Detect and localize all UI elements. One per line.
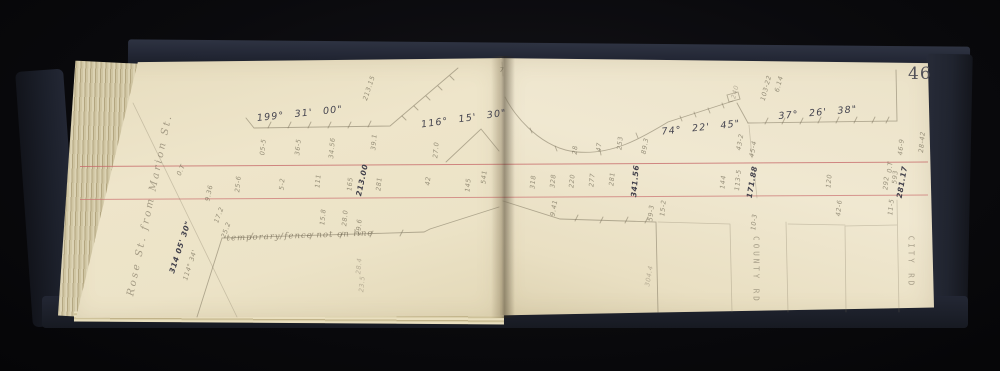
pencil-num: 292	[881, 176, 890, 191]
pencil-num: 9.36	[203, 184, 214, 202]
pencil-num: 28.4	[354, 257, 363, 274]
pencil-num: 34.56	[327, 137, 337, 159]
pencil-num: 15.8	[318, 208, 327, 225]
pencil-num: 281	[607, 172, 616, 187]
pencil-num: 113-5	[733, 169, 743, 191]
pencil-num: 220	[567, 174, 576, 189]
street-city-rd: CITY RD	[907, 236, 916, 289]
pencil-num: 111	[313, 174, 322, 189]
pencil-num: 45-4	[748, 140, 759, 158]
pencil-num: 27.0	[431, 141, 440, 158]
pencil-num: 103-22	[759, 74, 773, 101]
pencil-num: 165	[345, 177, 354, 192]
measurement-341-56: 341.56	[629, 164, 641, 197]
pencil-num: 6.14	[773, 75, 785, 93]
pencil-num: 213.15	[361, 75, 377, 102]
pencil-num: 25-6	[233, 175, 242, 192]
pencil-num: 42	[424, 176, 433, 186]
pencil-num: 29.6	[354, 218, 363, 235]
pencil-num: 120	[824, 174, 833, 189]
angle-37-26-38: 37° 26' 38"	[778, 104, 858, 122]
pencil-num: 144	[718, 175, 727, 190]
pencil-num: 9.41	[549, 199, 560, 217]
pencil-num: 328	[548, 174, 557, 189]
pencil-num: 5-2	[277, 178, 286, 191]
pencil-num: 114° 34'	[181, 249, 198, 282]
pencil-num: 05-5	[258, 138, 267, 155]
pencil-num: 47	[595, 142, 604, 152]
pencil-num: 240	[729, 84, 740, 100]
pencil-num: 0.T	[175, 163, 187, 177]
pencil-num: 15-2	[658, 199, 667, 216]
pencil-num: 11-5	[886, 198, 895, 215]
pencil-num: 304.4	[643, 265, 655, 287]
pencil-num: 23.5	[357, 275, 366, 292]
pencil-num: 10-3	[749, 213, 758, 230]
measurement-171-88: 171.88	[745, 165, 760, 199]
page-number: 46	[908, 64, 932, 84]
pencil-num: 43-2	[735, 133, 746, 151]
measurement-213-00: 213.00	[354, 163, 370, 197]
field-book-photo: 199° 31' 00"116° 15' 30"74° 22' 45"37° 2…	[0, 0, 1000, 371]
pencil-num: 36-5	[293, 138, 302, 155]
pencil-num: 59-3	[646, 204, 655, 221]
pencil-num: 28	[571, 145, 580, 155]
pencil-num: 42-6	[834, 199, 843, 216]
pencil-num: 541	[479, 170, 488, 185]
pencil-num: 318	[528, 175, 537, 190]
angle-74-22-45: 74° 22' 45"	[661, 118, 741, 137]
pencil-num: 253	[615, 136, 624, 151]
pencil-num: 39.1	[369, 133, 378, 150]
pencil-num: 593	[890, 170, 899, 185]
pencil-num: 89.3	[640, 137, 651, 155]
angle-116-15-30: 116° 15' 30"	[420, 108, 507, 131]
pencil-num: 28-42	[917, 131, 927, 153]
pencil-num: 7	[500, 66, 505, 74]
pencil-num: 46-9	[896, 138, 905, 155]
pencil-num: 28.0	[340, 209, 349, 226]
pencil-num: 277	[587, 173, 596, 188]
note-temporary-fence: temporary fence not on line	[226, 228, 373, 243]
street-county-rd: COUNTY RD	[752, 236, 761, 304]
pencil-num: 145	[463, 178, 472, 193]
handwritten-annotations: 199° 31' 00"116° 15' 30"74° 22' 45"37° 2…	[0, 0, 1000, 371]
angle-199-31-00: 199° 31' 00"	[256, 104, 343, 124]
pencil-num: 281	[374, 177, 383, 192]
